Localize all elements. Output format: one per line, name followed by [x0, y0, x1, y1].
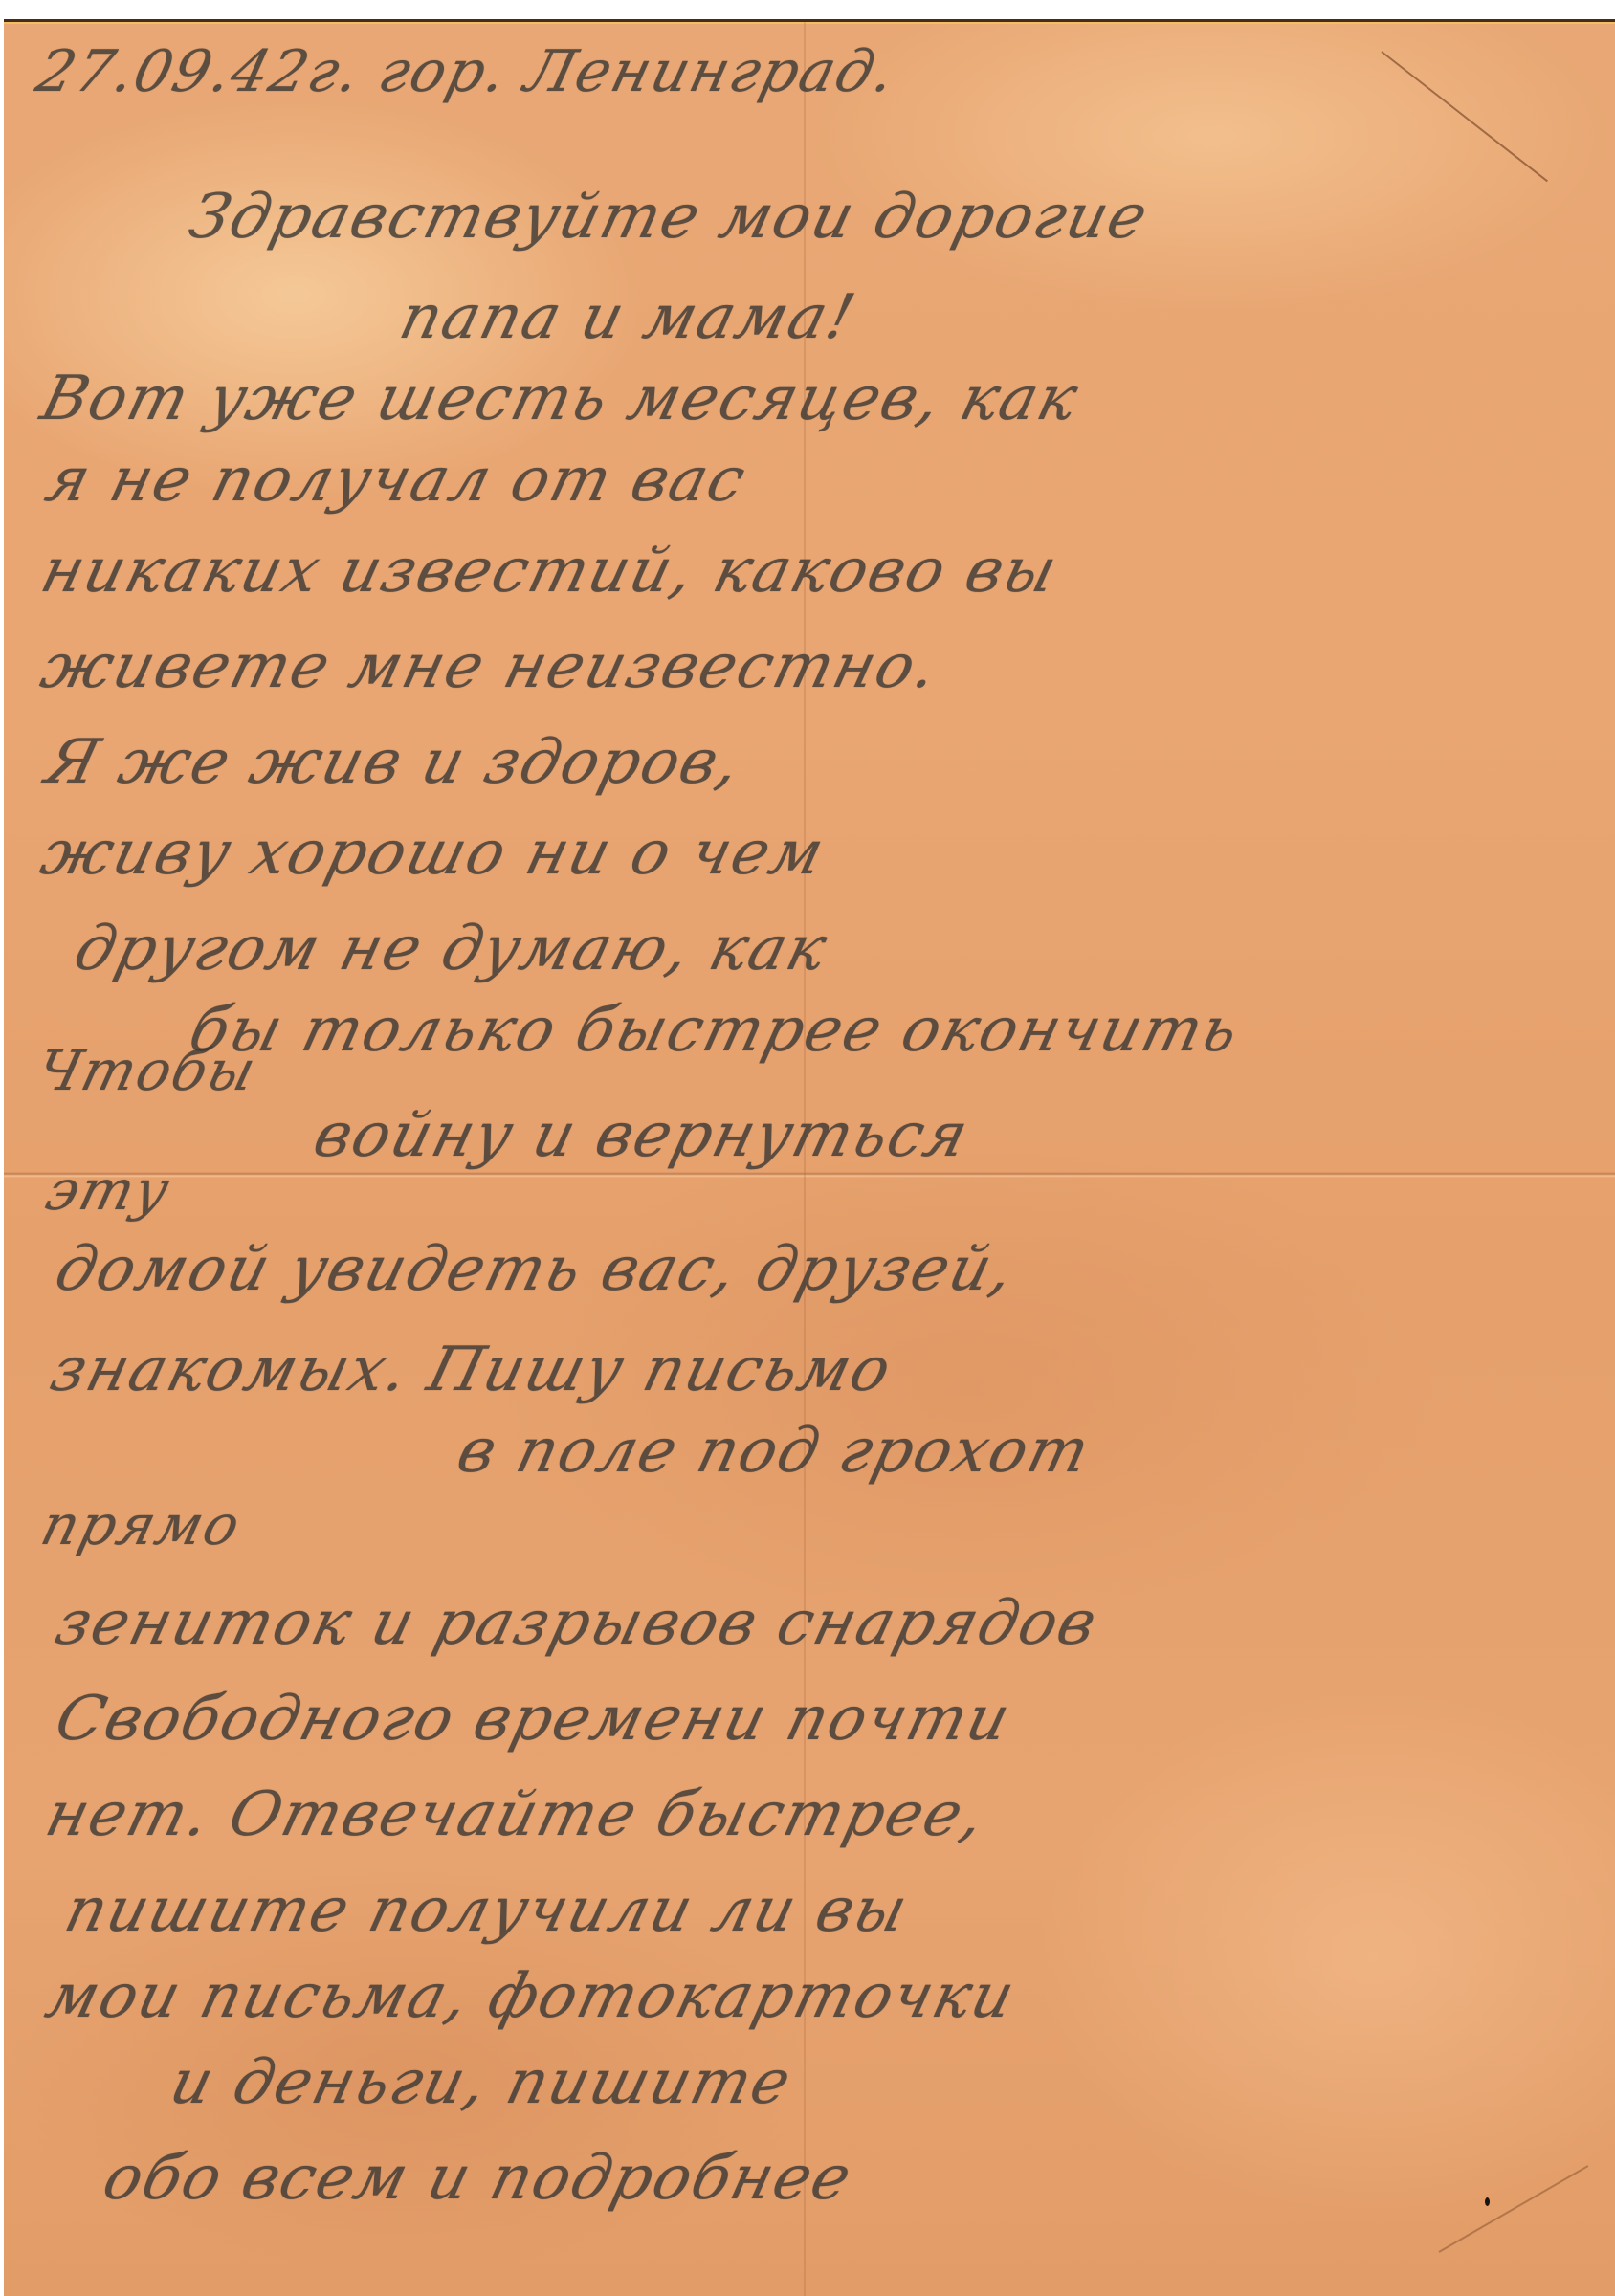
letter-line: и деньги, пишите — [164, 2047, 800, 2118]
letter-line: никаких известий, каково вы — [34, 536, 1066, 607]
letter-line: Чтобы — [31, 1038, 264, 1103]
letter-line: живете мне неизвестно. — [34, 631, 946, 702]
letter-line: я не получал от вас — [39, 445, 754, 516]
letter-line: живу хорошо ни о чем — [34, 818, 832, 889]
letter-line: Свободного времени почти — [49, 1684, 1018, 1755]
greeting-line-1: Здравствуйте мои дорогие — [183, 182, 1156, 253]
letter-line: в поле под грохот — [451, 1416, 1098, 1487]
letter-line: нет. Отвечайте быстрее, — [39, 1779, 993, 1850]
greeting-line-2: папа и мама! — [393, 282, 863, 353]
letter-line: эту — [40, 1158, 178, 1223]
letter-line: бы только быстрее окончить — [183, 995, 1248, 1066]
ink-spot — [1485, 2197, 1490, 2206]
handwritten-letter: 27.09.42г. гор. Ленинград. Здравствуйте … — [0, 0, 1615, 2296]
letter-date-location: 27.09.42г. гор. Ленинград. — [30, 38, 903, 105]
letter-line: войну и вернуться — [307, 1100, 977, 1171]
letter-line: пишите получили ли вы — [58, 1875, 916, 1946]
letter-line: Я же жив и здоров, — [39, 727, 749, 798]
letter-line: знакомых. Пишу письмо — [44, 1335, 899, 1405]
letter-line: мои письма, фотокарточки — [39, 1961, 1023, 2032]
letter-line: прямо — [35, 1492, 249, 1557]
letter-line: домой увидеть вас, друзей, — [49, 1234, 1023, 1305]
letter-line: зениток и разрывов снарядов — [49, 1588, 1105, 1659]
letter-line: обо всем и подробнее — [97, 2143, 860, 2214]
letter-line: Вот уже шесть месяцев, как — [34, 364, 1087, 434]
letter-line: другом не думаю, как — [68, 914, 835, 984]
